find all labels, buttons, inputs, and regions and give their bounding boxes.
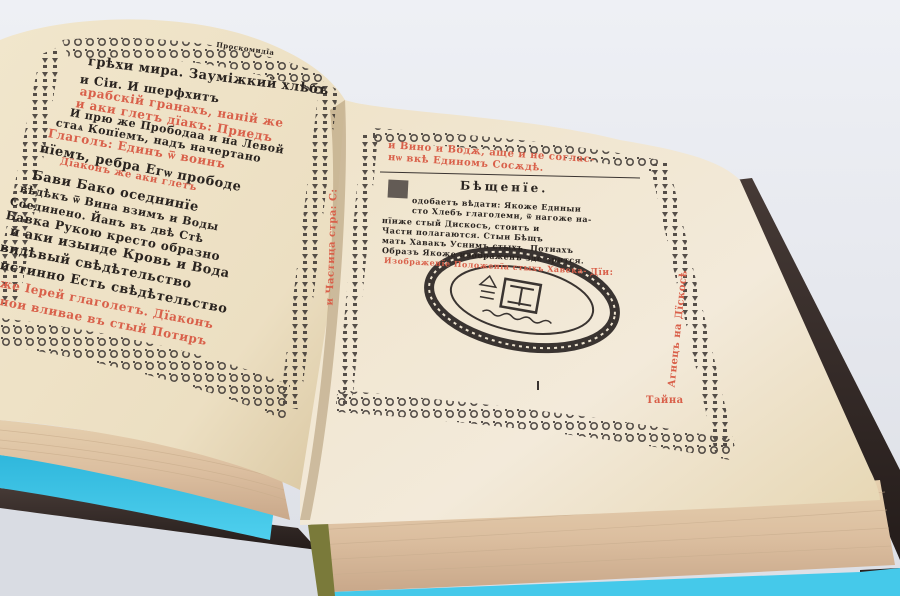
- footer-word: Тайна: [646, 395, 684, 406]
- red-caption: Дїи:: [590, 268, 613, 278]
- book-photo: Проскомидїа грѣхи мира. Зауміжкий хлѣбъ …: [0, 0, 900, 596]
